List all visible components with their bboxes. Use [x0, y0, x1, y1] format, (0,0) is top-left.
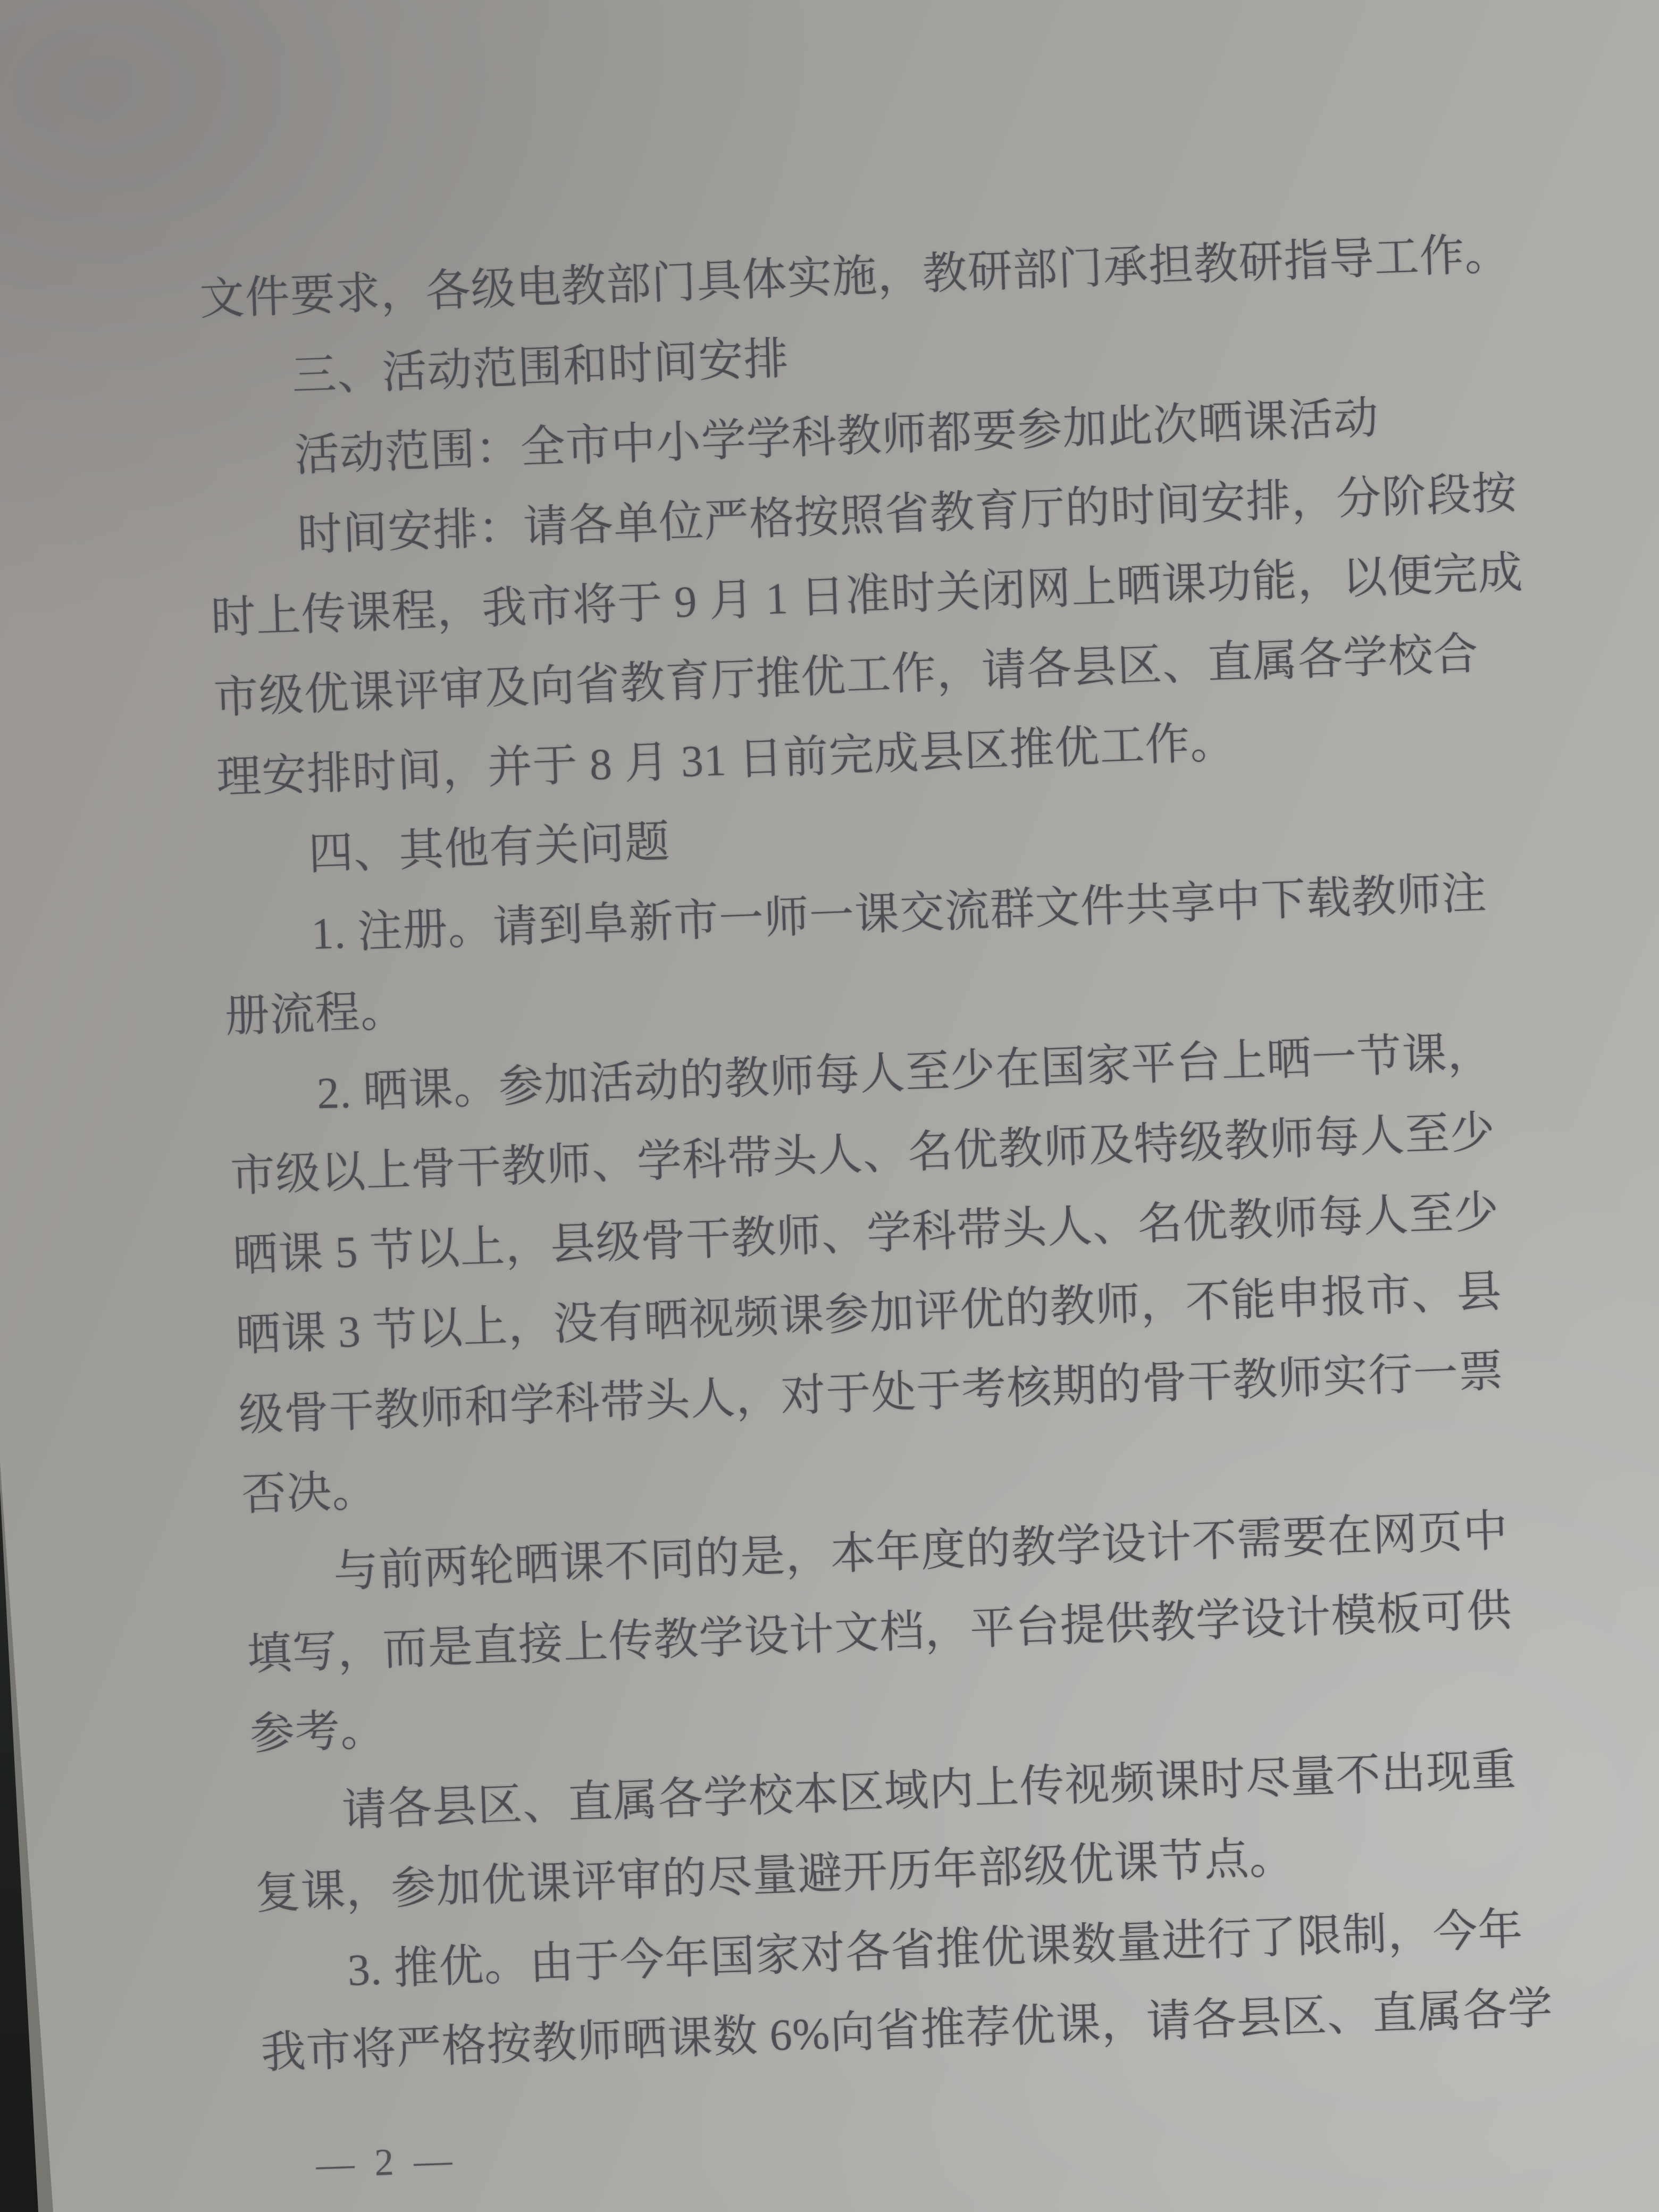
document-photo: 文件要求，各级电教部门具体实施，教研部门承担教研指导工作。 三、活动范围和时间安… — [0, 0, 1659, 2212]
page-number: — 2 — — [315, 2081, 1585, 2205]
body-text: 文件要求，各级电教部门具体实施，教研部门承担教研指导工作。 三、活动范围和时间安… — [198, 214, 1584, 2206]
